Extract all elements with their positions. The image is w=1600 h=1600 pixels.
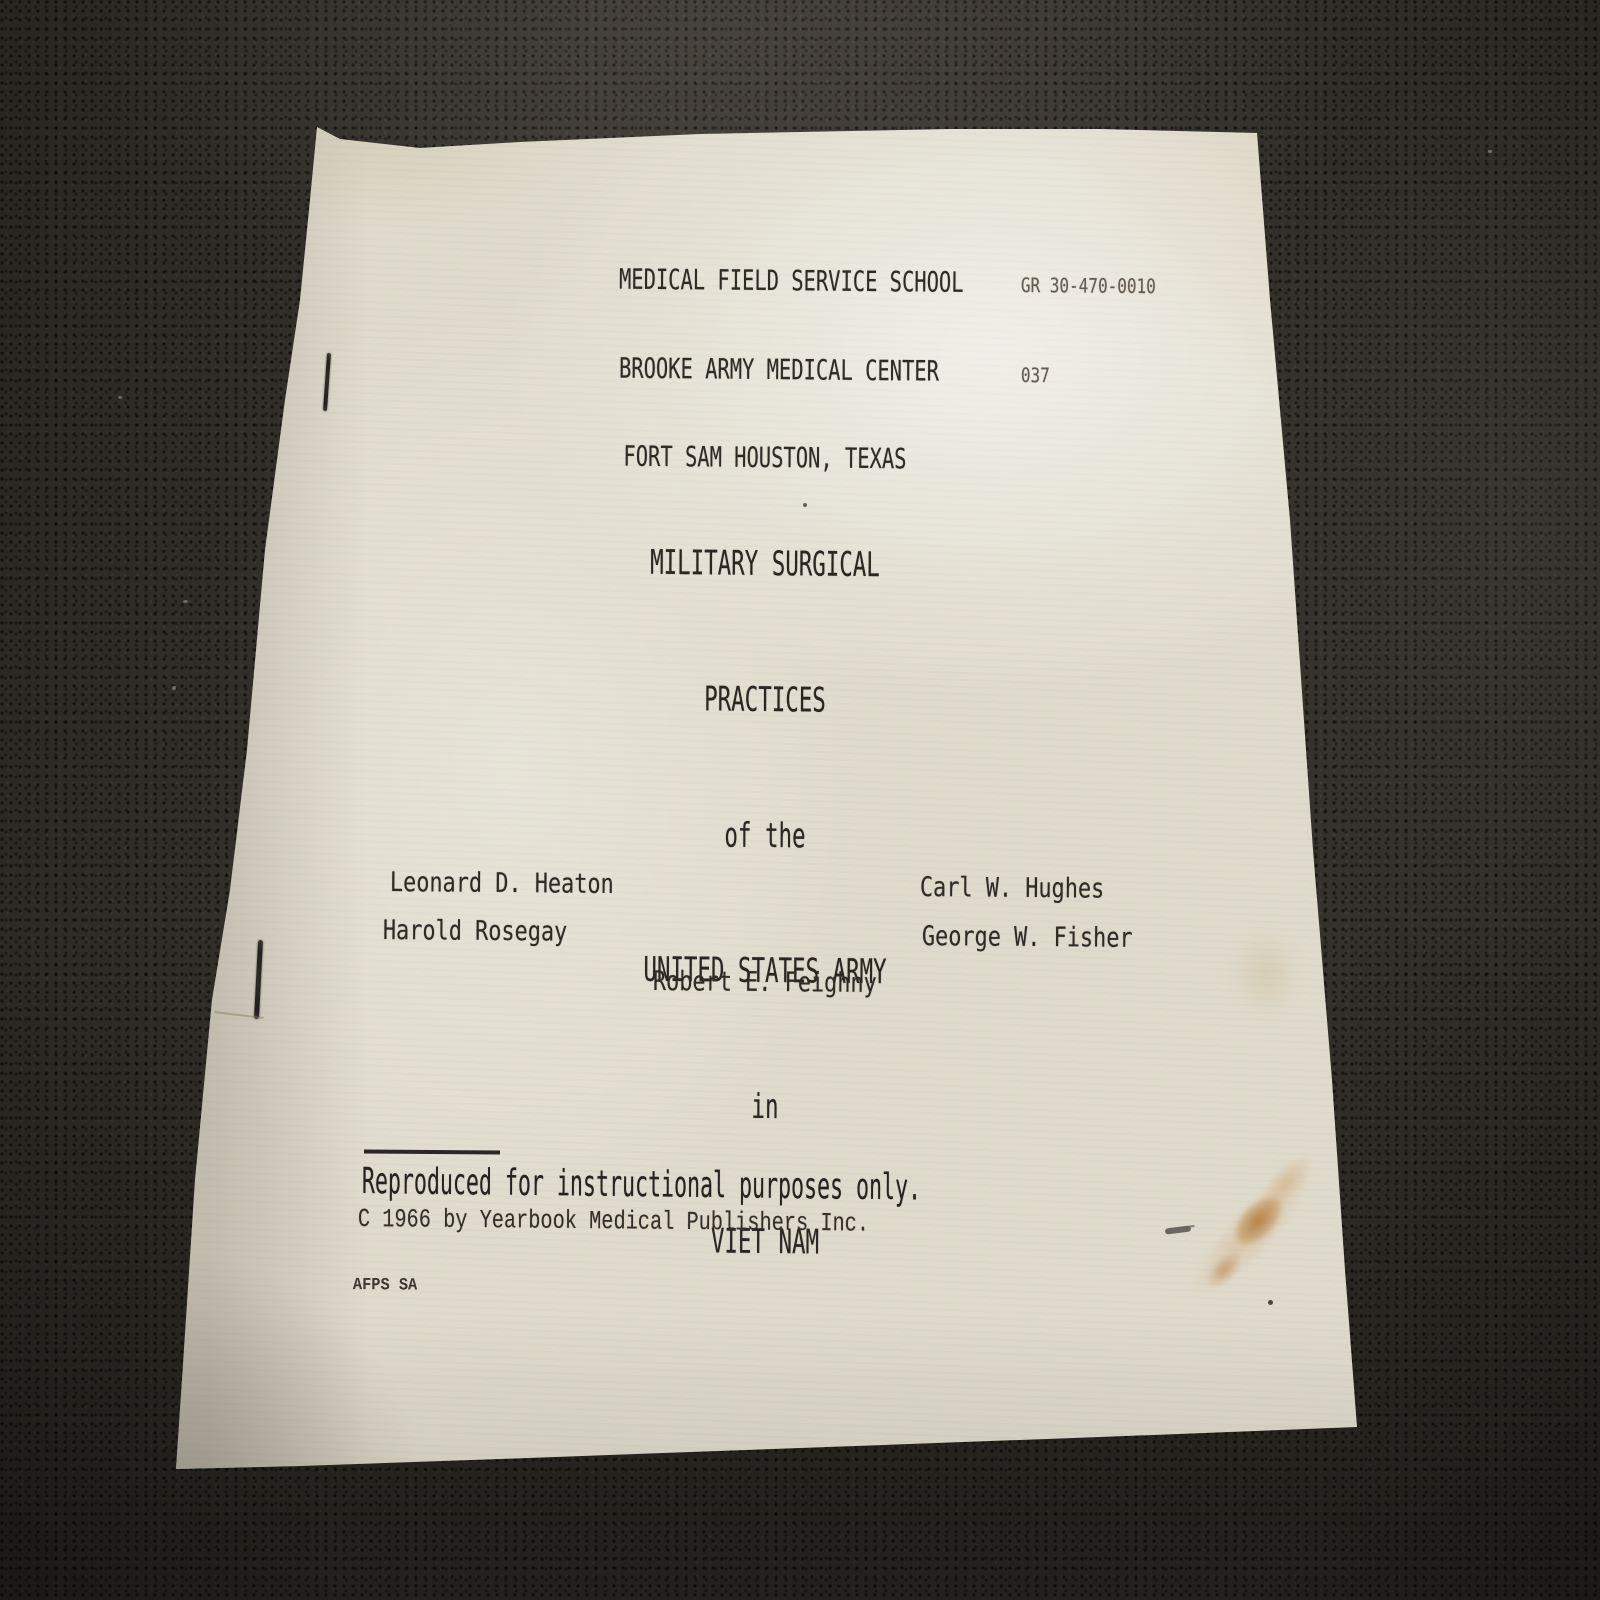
author-robert-feighny: Robert E. Feighny: [653, 966, 877, 999]
letterhead-line-1: MEDICAL FIELD SERVICE SCHOOL: [619, 265, 911, 297]
letterhead-line-2: BROOKE ARMY MEDICAL CENTER: [619, 353, 911, 385]
author-carl-hughes: Carl W. Hughes: [920, 872, 1105, 905]
title-line-1: MILITARY SURGICAL: [633, 541, 897, 589]
dark-speck: [1268, 1300, 1273, 1305]
author-leonard-heaton: Leonard D. Heaton: [390, 867, 614, 900]
copyright-line: C 1966 by Yearbook Medical Publishers In…: [358, 1204, 869, 1239]
title-line-2: PRACTICES: [633, 677, 897, 725]
title-line-3: of the: [633, 812, 897, 860]
lint-speck: [183, 600, 188, 603]
afps-stamp: AFPS SA: [353, 1276, 417, 1295]
faint-stain: [1228, 925, 1303, 1020]
author-harold-rosegay: Harold Rosegay: [383, 915, 568, 948]
document-code-line-1: GR 30-470-0010: [1021, 270, 1156, 301]
lint-speck: [172, 686, 176, 690]
photo-of-booklet: MEDICAL FIELD SERVICE SCHOOL BROOKE ARMY…: [0, 0, 1600, 1600]
document-code-line-2: 037: [1021, 360, 1156, 391]
lint-speck: [1488, 150, 1492, 153]
title-line-5: in: [633, 1083, 897, 1131]
reproduction-notice: Reproduced for instructional purposes on…: [362, 1161, 921, 1209]
lint-speck: [118, 396, 122, 399]
author-george-fisher: George W. Fisher: [922, 921, 1133, 954]
document-code: GR 30-470-0010 037: [1021, 210, 1190, 450]
